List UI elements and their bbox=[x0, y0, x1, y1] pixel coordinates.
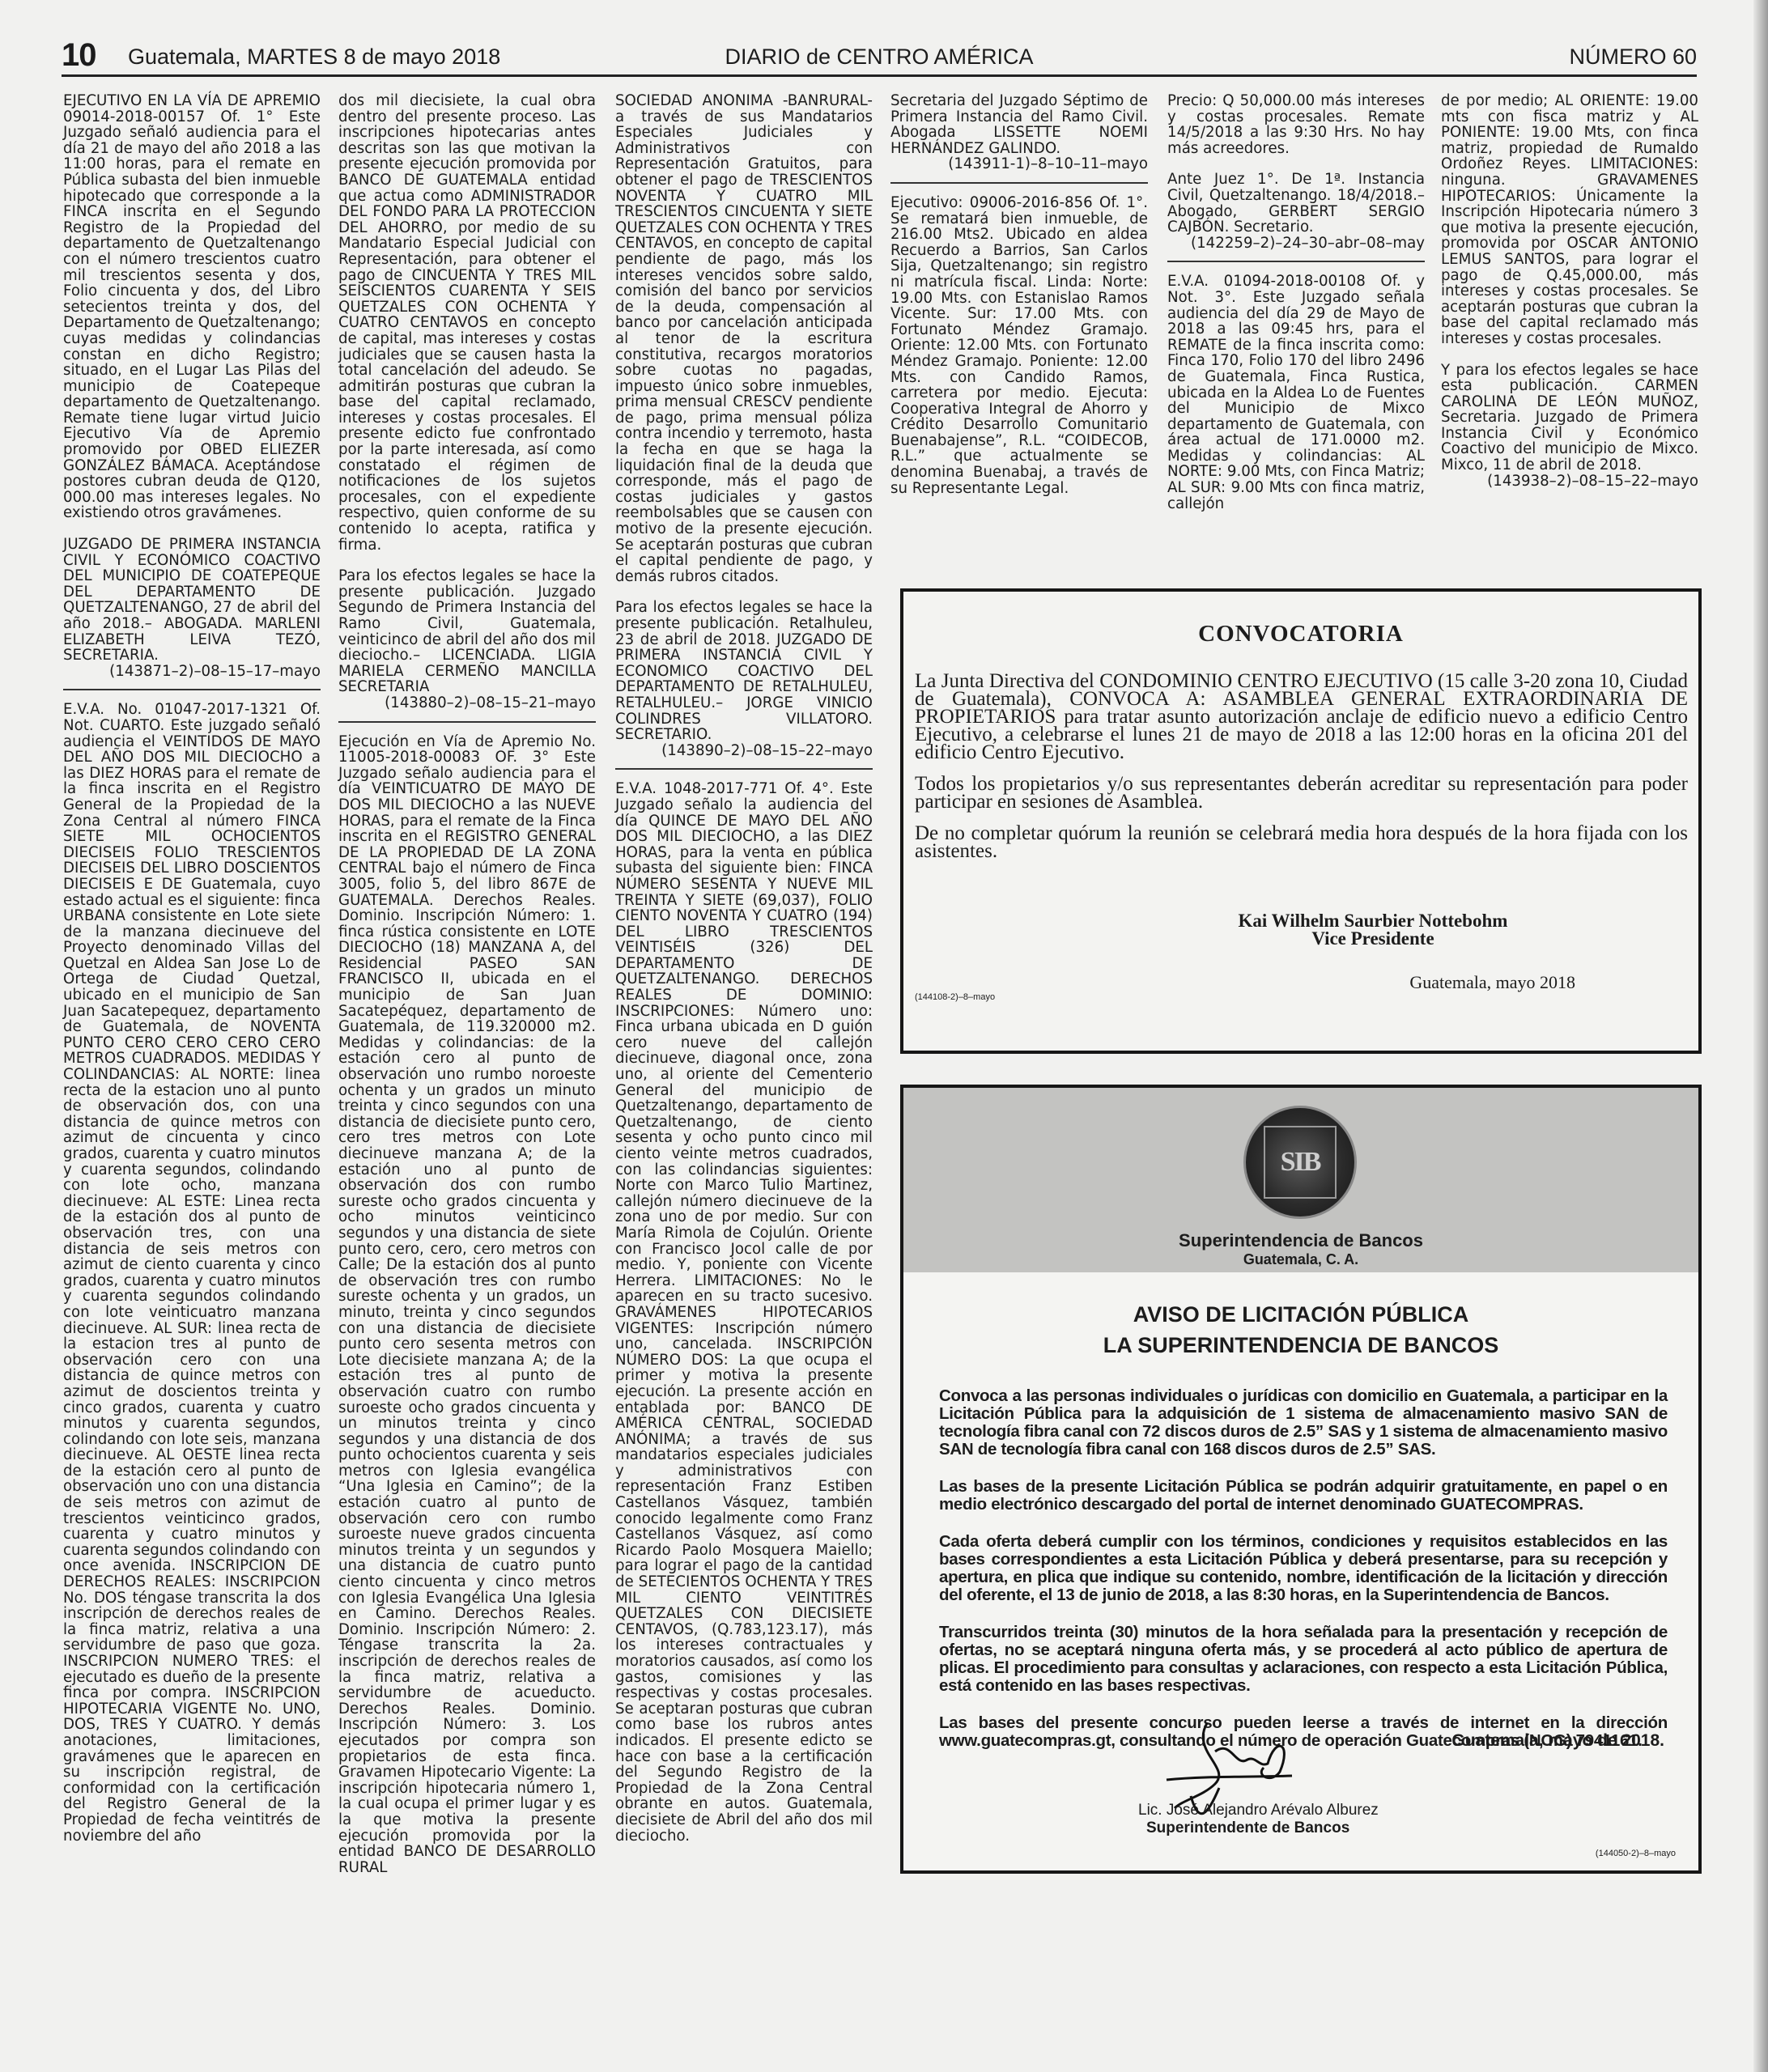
notice-paragraph: Ejecución en Vía de Apremio No. 11005-20… bbox=[338, 734, 596, 1876]
notice-paragraph: E.V.A. 1048-2017-771 Of. 4°. Este Juzgad… bbox=[615, 781, 873, 1844]
notice-reference: (143880–2)–08–15–21–mayo bbox=[338, 695, 596, 711]
licitacion-body: Convoca a las personas individuales o ju… bbox=[939, 1387, 1668, 1769]
notice-paragraph: dos mil diecisiete, la cual obra dentro … bbox=[338, 93, 596, 553]
notice-paragraph: E.V.A. 01094-2018-00108 Of. y Not. 3°. E… bbox=[1167, 274, 1425, 512]
convocatoria-body: La Junta Directiva del CONDOMINIO CENTRO… bbox=[915, 673, 1688, 874]
convocatoria-paragraph: Todos los propietarios y/o sus represent… bbox=[915, 775, 1688, 811]
divider bbox=[890, 182, 1148, 184]
seal-monogram: SIB bbox=[1281, 1147, 1320, 1178]
convocatoria-reference: (144108-2)–8–mayo bbox=[915, 992, 995, 1002]
convocatoria-signer-title: Vice Presidente bbox=[1179, 930, 1567, 948]
notice-paragraph: Para los efectos legales se hace la pres… bbox=[615, 600, 873, 742]
notice-reference: (143890–2)–08–15–22–mayo bbox=[615, 743, 873, 759]
convocatoria-signer-block: Kai Wilhelm Saurbier Nottebohm Vice Pres… bbox=[1179, 912, 1567, 948]
newspaper-page: 10 Guatemala, MARTES 8 de mayo 2018 DIAR… bbox=[0, 0, 1768, 2072]
notice-paragraph: de por medio; AL ORIENTE: 19.00 mts con … bbox=[1441, 93, 1698, 347]
org-location: Guatemala, C. A. bbox=[903, 1251, 1698, 1268]
convocatoria-ad: CONVOCATORIA La Junta Directiva del COND… bbox=[900, 588, 1702, 1054]
convocatoria-paragraph: La Junta Directiva del CONDOMINIO CENTRO… bbox=[915, 673, 1688, 762]
notice-paragraph: EJECUTIVO EN LA VÍA DE APREMIO 09014-201… bbox=[63, 93, 321, 521]
licitacion-subtitle: LA SUPERINTENDENCIA DE BANCOS bbox=[903, 1331, 1698, 1360]
notice-paragraph: Precio: Q 50,000.00 más intereses y cost… bbox=[1167, 93, 1425, 156]
divider bbox=[1167, 261, 1425, 262]
licitacion-paragraph: Transcurridos treinta (30) minutos de la… bbox=[939, 1624, 1668, 1695]
divider bbox=[338, 721, 596, 723]
notice-paragraph: Ejecutivo: 09006-2016-856 Of. 1°. Se rem… bbox=[890, 195, 1148, 496]
column-5: Precio: Q 50,000.00 más intereses y cost… bbox=[1167, 93, 1425, 527]
notice-reference: (142259–2)–24–30–abr–08–may bbox=[1167, 236, 1425, 252]
column-4: Secretaria del Juzgado Séptimo de Primer… bbox=[890, 93, 1148, 512]
org-name: Superintendencia de Bancos bbox=[903, 1230, 1698, 1251]
convocatoria-title: CONVOCATORIA bbox=[903, 621, 1698, 647]
notice-reference: (143911-1)–8–10–11–mayo bbox=[890, 156, 1148, 172]
licitacion-paragraph: Las bases de la presente Licitación Públ… bbox=[939, 1478, 1668, 1514]
licitacion-title: AVISO DE LICITACIÓN PÚBLICA bbox=[903, 1300, 1698, 1329]
notice-reference: (143938–2)–08–15–22–mayo bbox=[1441, 473, 1698, 490]
divider bbox=[615, 768, 873, 770]
notice-reference: (143871–2)–08–15–17–mayo bbox=[63, 664, 321, 680]
scan-edge-shadow bbox=[1753, 0, 1768, 2072]
newspaper-name: DIARIO de CENTRO AMÉRICA bbox=[62, 44, 1697, 70]
notice-paragraph: E.V.A. No. 01047-2017-1321 Of. Not. CUAR… bbox=[63, 702, 321, 1844]
masthead: 10 Guatemala, MARTES 8 de mayo 2018 DIAR… bbox=[62, 37, 1697, 77]
licitacion-paragraph: Cada oferta deberá cumplir con los térmi… bbox=[939, 1533, 1668, 1604]
notice-paragraph: Ante Juez 1°. De 1ª. Instancia Civil, Qu… bbox=[1167, 172, 1425, 235]
divider bbox=[63, 689, 321, 690]
sib-seal-icon: SIB bbox=[1243, 1106, 1357, 1219]
notice-paragraph: Y para los efectos legales se hace esta … bbox=[1441, 363, 1698, 473]
column-6: de por medio; AL ORIENTE: 19.00 mts con … bbox=[1441, 93, 1698, 499]
licitacion-ad: SIB Superintendencia de Bancos Guatemala… bbox=[900, 1085, 1702, 1874]
convocatoria-paragraph: De no completar quórum la reunión se cel… bbox=[915, 825, 1688, 860]
notice-paragraph: SOCIEDAD ANONIMA -BANRURAL- a través de … bbox=[615, 93, 873, 584]
issue-number: NÚMERO 60 bbox=[1569, 44, 1697, 70]
column-3: SOCIEDAD ANONIMA -BANRURAL- a través de … bbox=[615, 93, 873, 1859]
licitacion-place-date: Guatemala, mayo de 2018. bbox=[1451, 1731, 1664, 1751]
licitacion-reference: (144050-2)–8–mayo bbox=[1596, 1849, 1676, 1858]
column-1: EJECUTIVO EN LA VÍA DE APREMIO 09014-201… bbox=[63, 93, 321, 1859]
notice-paragraph: Para los efectos legales se hace la pres… bbox=[338, 568, 596, 695]
licitacion-signer-title: Superintendente de Bancos bbox=[1146, 1819, 1349, 1837]
convocatoria-place-date: Guatemala, mayo 2018 bbox=[1300, 972, 1575, 993]
column-2: dos mil diecisiete, la cual obra dentro … bbox=[338, 93, 596, 1891]
notice-paragraph: Secretaria del Juzgado Séptimo de Primer… bbox=[890, 93, 1148, 156]
licitacion-banner: SIB Superintendencia de Bancos Guatemala… bbox=[903, 1088, 1698, 1272]
licitacion-signer: Lic. José Alejandro Arévalo Alburez bbox=[1138, 1802, 1379, 1819]
licitacion-paragraph: Convoca a las personas individuales o ju… bbox=[939, 1387, 1668, 1458]
notice-paragraph: JUZGADO DE PRIMERA INSTANCIA CIVIL Y ECO… bbox=[63, 537, 321, 664]
convocatoria-signer: Kai Wilhelm Saurbier Nottebohm bbox=[1179, 912, 1567, 930]
